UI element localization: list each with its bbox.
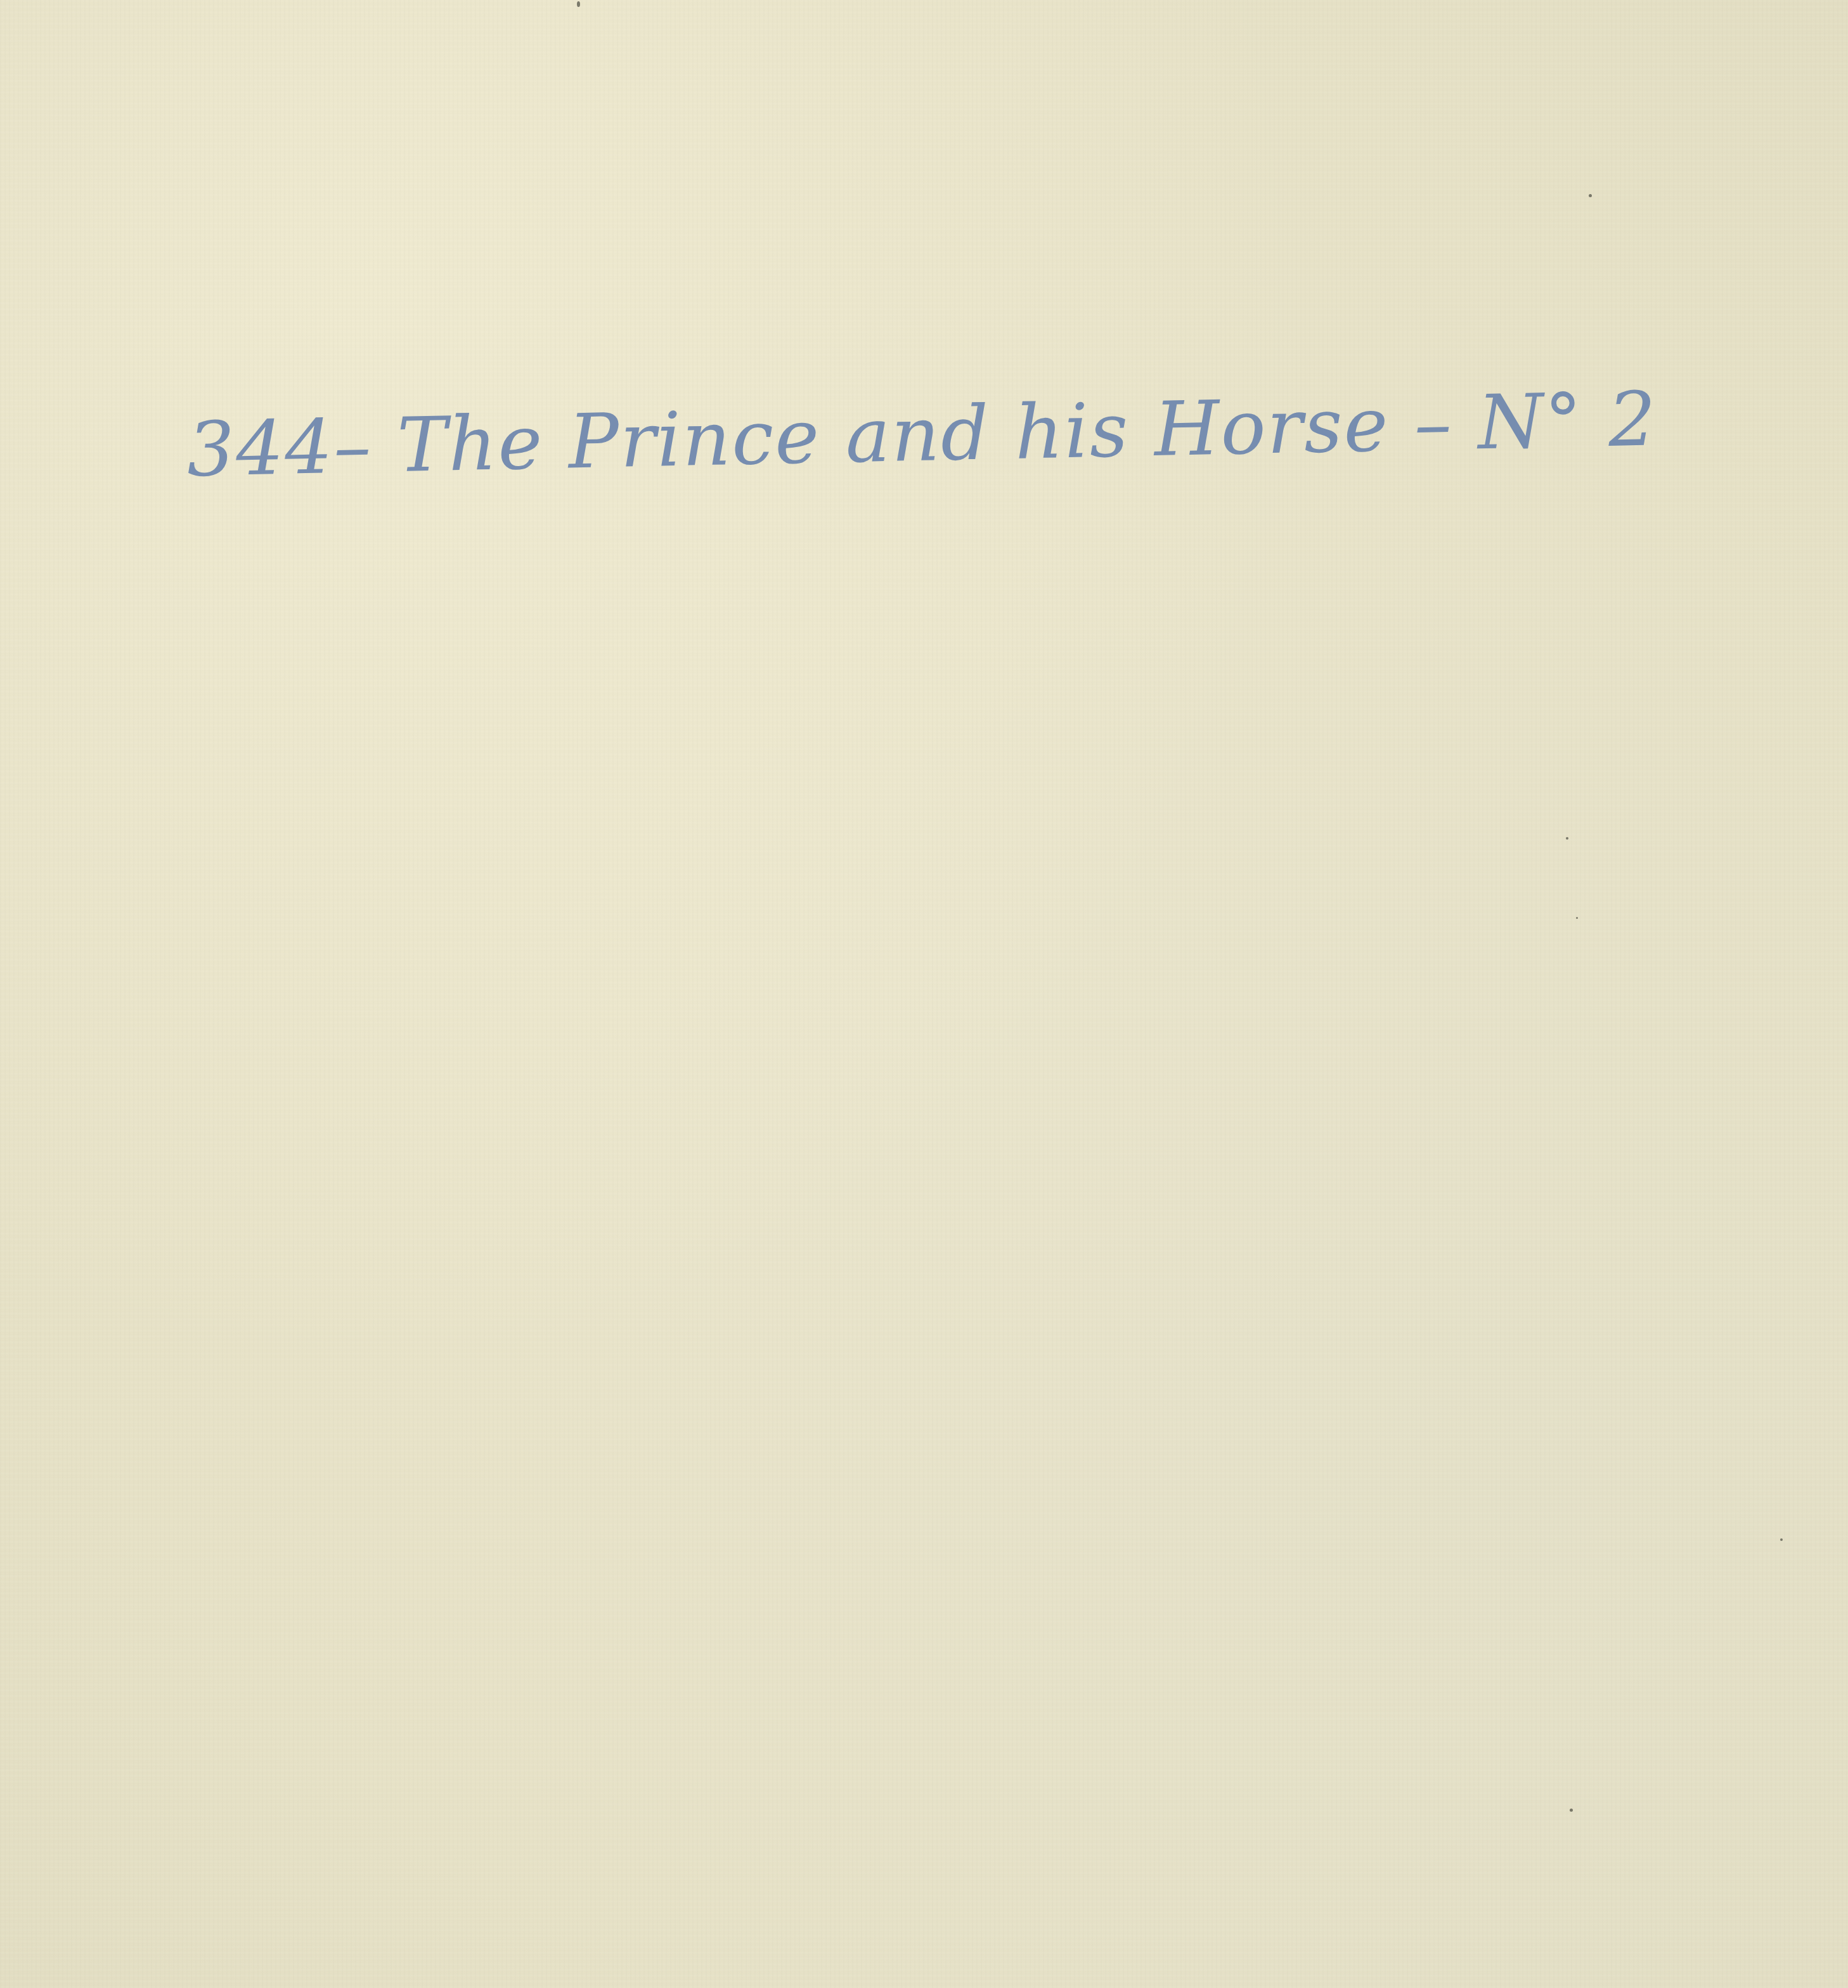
paper-speck	[1576, 917, 1578, 919]
paper-speck	[1589, 194, 1592, 197]
paper-speck	[1570, 1809, 1573, 1812]
paper-sheet: 344– The Prince and his Horse – N° 2	[0, 0, 1848, 1988]
handwritten-caption: 344– The Prince and his Horse – N° 2	[186, 375, 1658, 493]
paper-speck	[577, 1, 580, 7]
paper-texture	[0, 0, 1848, 1988]
paper-speck	[1566, 837, 1568, 840]
paper-speck	[1780, 1538, 1783, 1541]
